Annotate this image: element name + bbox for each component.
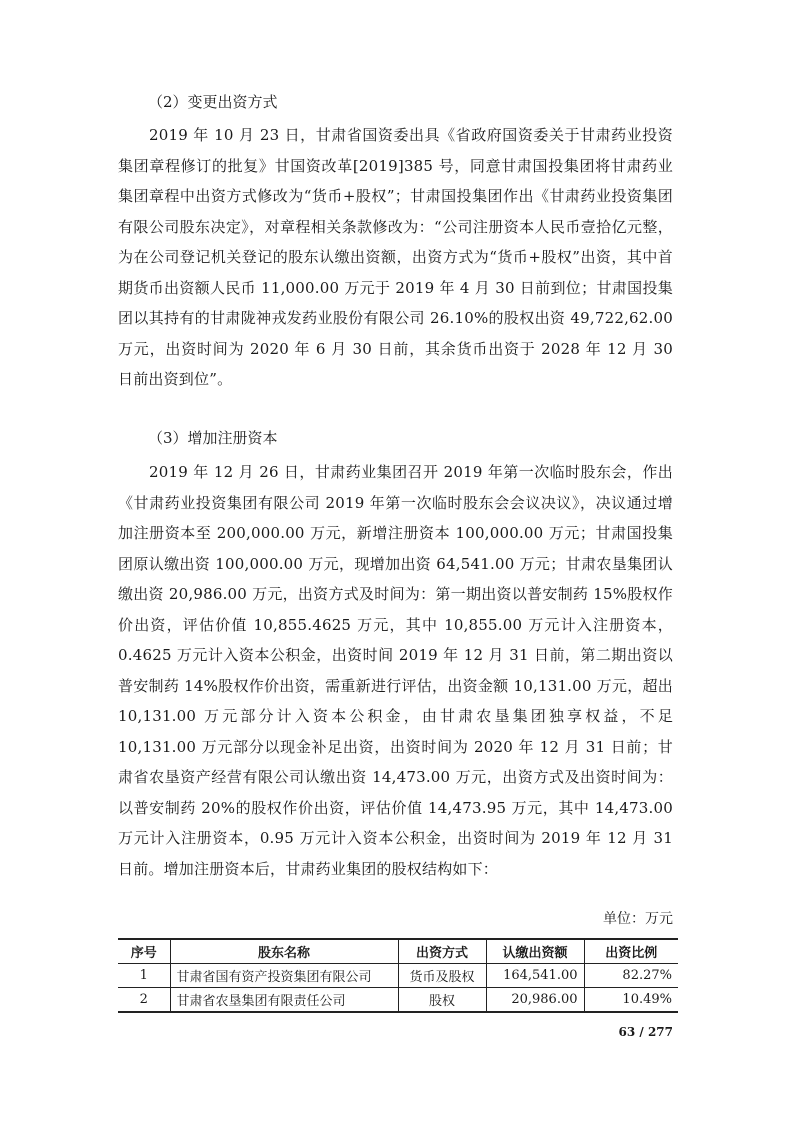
cell-amount: 20,986.00 xyxy=(486,988,584,1013)
document-page: （2）变更出资方式 2019 年 10 月 23 日，甘肃省国资委出具《省政府国… xyxy=(0,0,793,1122)
paragraph-change-contribution: 2019 年 10 月 23 日，甘肃省国资委出具《省政府国资委关于甘肃药业投资… xyxy=(118,120,673,395)
table-row: 1 甘肃省国有资产投资集团有限公司 货币及股权 164,541.00 82.27… xyxy=(118,964,678,988)
cell-index: 2 xyxy=(118,988,170,1013)
cell-amount: 164,541.00 xyxy=(486,964,584,988)
table-header-row: 序号 股东名称 出资方式 认缴出资额 出资比例 xyxy=(118,939,678,964)
cell-shareholder: 甘肃省农垦集团有限责任公司 xyxy=(170,988,398,1013)
section-heading-increase-capital: （3）增加注册资本 xyxy=(148,428,278,448)
page-number: 63 / 277 xyxy=(619,1025,674,1039)
unit-label: 单位：万元 xyxy=(603,908,673,928)
cell-ratio: 82.27% xyxy=(584,964,678,988)
header-method: 出资方式 xyxy=(398,939,486,964)
equity-structure-table: 序号 股东名称 出资方式 认缴出资额 出资比例 1 甘肃省国有资产投资集团有限公… xyxy=(118,938,678,1013)
header-ratio: 出资比例 xyxy=(584,939,678,964)
cell-shareholder: 甘肃省国有资产投资集团有限公司 xyxy=(170,964,398,988)
cell-ratio: 10.49% xyxy=(584,988,678,1013)
cell-method: 股权 xyxy=(398,988,486,1013)
paragraph-increase-capital: 2019 年 12 月 26 日，甘肃药业集团召开 2019 年第一次临时股东会… xyxy=(118,457,673,884)
table-row: 2 甘肃省农垦集团有限责任公司 股权 20,986.00 10.49% xyxy=(118,988,678,1013)
cell-method: 货币及股权 xyxy=(398,964,486,988)
header-shareholder: 股东名称 xyxy=(170,939,398,964)
header-amount: 认缴出资额 xyxy=(486,939,584,964)
header-index: 序号 xyxy=(118,939,170,964)
section-heading-change-contribution: （2）变更出资方式 xyxy=(148,92,278,112)
cell-index: 1 xyxy=(118,964,170,988)
